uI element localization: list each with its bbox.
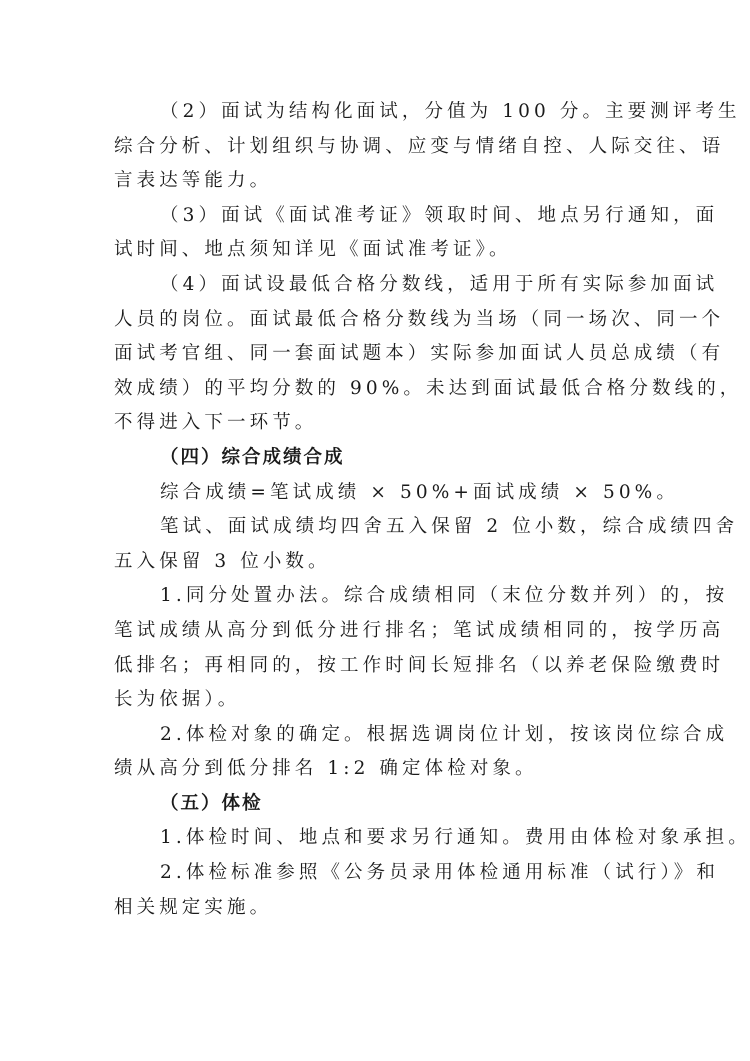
text-line: 绩从高分到低分排名 1:2 确定体检对象。 [114,752,659,787]
text-line: 相关规定实施。 [114,891,659,926]
text-line: 人员的岗位。面试最低合格分数线为当场（同一场次、同一个 [114,303,659,338]
text-line: 面试考官组、同一套面试题本）实际参加面试人员总成绩（有 [114,337,659,372]
document-page: （2）面试为结构化面试，分值为 100 分。主要测评考生 综合分析、计划组织与协… [114,95,659,925]
paragraph-interview-structure: （2）面试为结构化面试，分值为 100 分。主要测评考生 综合分析、计划组织与协… [114,95,659,199]
text-line: 综合分析、计划组织与协调、应变与情绪自控、人际交往、语 [114,130,659,165]
text-line: （2）面试为结构化面试，分值为 100 分。主要测评考生 [114,95,659,130]
text-line: 言表达等能力。 [114,164,659,199]
paragraph-exam-selection: 2.体检对象的确定。根据选调岗位计划，按该岗位综合成 绩从高分到低分排名 1:2… [114,718,659,787]
text-line: 1.体检时间、地点和要求另行通知。费用由体检对象承担。 [114,821,659,856]
paragraph-exam-notice: 1.体检时间、地点和要求另行通知。费用由体检对象承担。 [114,821,659,856]
text-line: （3）面试《面试准考证》领取时间、地点另行通知，面 [114,199,659,234]
paragraph-exam-standard: 2.体检标准参照《公务员录用体检通用标准（试行）》和 相关规定实施。 [114,856,659,925]
paragraph-minimum-score: （4）面试设最低合格分数线，适用于所有实际参加面试 人员的岗位。面试最低合格分数… [114,268,659,441]
text-line: 效成绩）的平均分数的 90%。未达到面试最低合格分数线的， [114,372,659,407]
text-line: 笔试、面试成绩均四舍五入保留 2 位小数，综合成绩四舍 [114,510,659,545]
paragraph-rounding: 笔试、面试成绩均四舍五入保留 2 位小数，综合成绩四舍 五入保留 3 位小数。 [114,510,659,579]
text-line: 2.体检标准参照《公务员录用体检通用标准（试行）》和 [114,856,659,891]
text-line: 笔试成绩从高分到低分进行排名；笔试成绩相同的，按学历高 [114,614,659,649]
text-line: （4）面试设最低合格分数线，适用于所有实际参加面试 [114,268,659,303]
text-line: 五入保留 3 位小数。 [114,545,659,580]
text-line: 不得进入下一环节。 [114,406,659,441]
text-line: 2.体检对象的确定。根据选调岗位计划，按该岗位综合成 [114,718,659,753]
text-line: 综合成绩=笔试成绩 × 50%+面试成绩 × 50%。 [114,476,659,511]
section-heading-composite-score: （四）综合成绩合成 [114,441,659,476]
text-line: 试时间、地点须知详见《面试准考证》。 [114,233,659,268]
text-line: 低排名；再相同的，按工作时间长短排名（以养老保险缴费时 [114,649,659,684]
paragraph-tie-breaking: 1.同分处置办法。综合成绩相同（末位分数并列）的，按 笔试成绩从高分到低分进行排… [114,579,659,717]
paragraph-score-formula: 综合成绩=笔试成绩 × 50%+面试成绩 × 50%。 [114,476,659,511]
text-line: 长为依据）。 [114,683,659,718]
paragraph-interview-admission: （3）面试《面试准考证》领取时间、地点另行通知，面 试时间、地点须知详见《面试准… [114,199,659,268]
text-line: 1.同分处置办法。综合成绩相同（末位分数并列）的，按 [114,579,659,614]
section-heading-physical-exam: （五）体检 [114,787,659,822]
